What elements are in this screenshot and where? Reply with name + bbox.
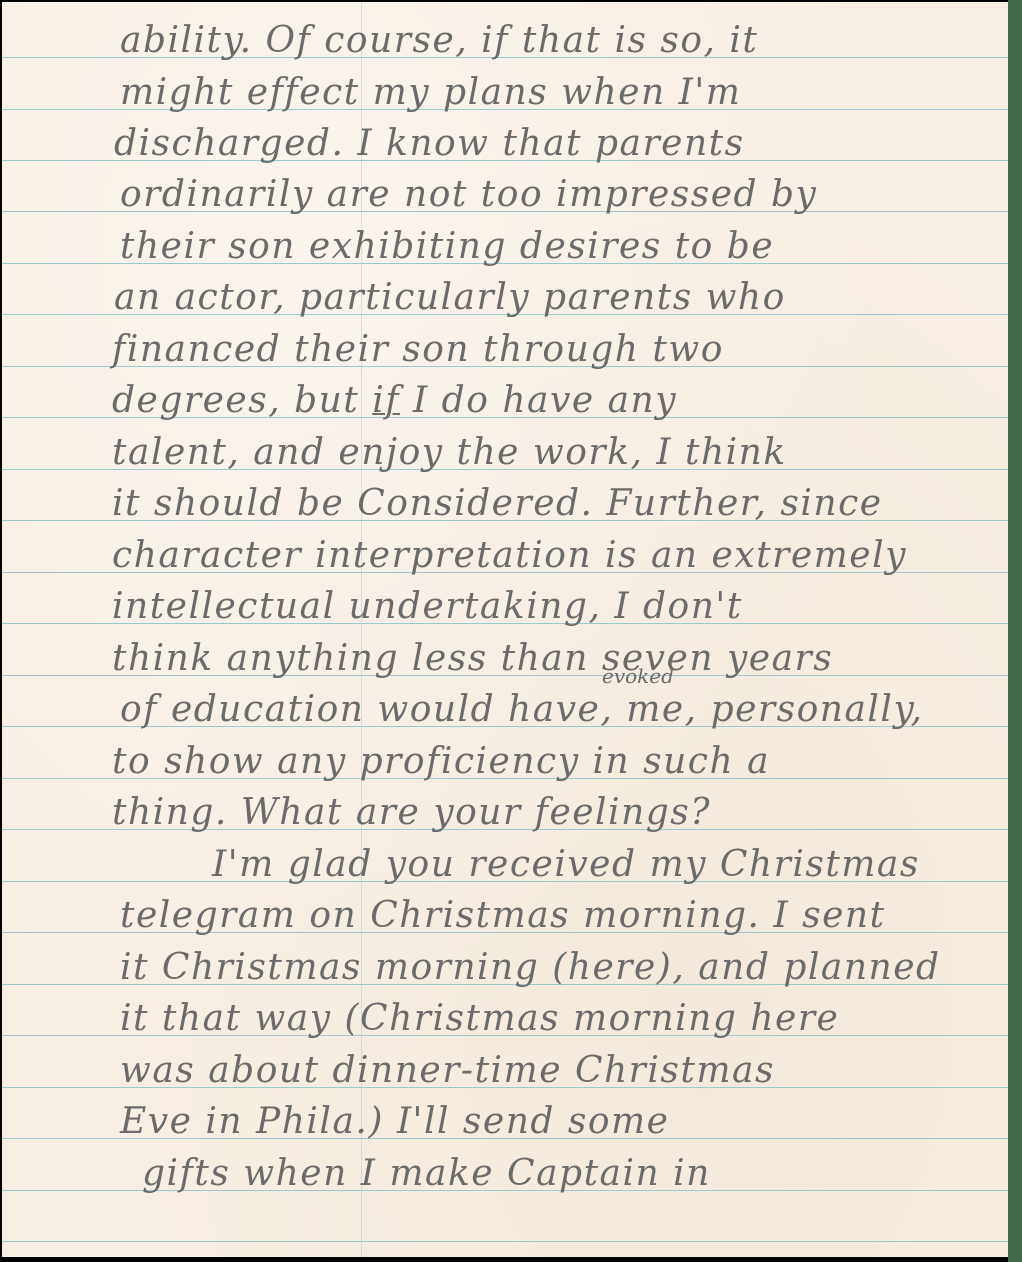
text-line: financed their son through two	[112, 332, 724, 368]
line-text: discharged. I know that parents	[114, 123, 745, 164]
right-edge-strip	[1008, 0, 1022, 1262]
underlined-word: if	[372, 380, 400, 421]
text-line: talent, and enjoy the work, I think	[112, 435, 787, 471]
text-line: I'm glad you received my Christmas	[212, 847, 920, 883]
line-text: I'm glad you received my Christmas	[212, 844, 920, 885]
line-text: think anything less than seven years	[112, 638, 833, 679]
text-line: Eve in Phila.) I'll send some	[120, 1104, 669, 1140]
line-text: I do have any	[400, 380, 677, 421]
line-text: an actor, particularly parents who	[114, 277, 786, 318]
line-text: intellectual undertaking, I don't	[112, 586, 743, 627]
text-line: it Christmas morning (here), and planned	[120, 950, 941, 986]
text-line: think anything less than seven years	[112, 641, 833, 677]
line-text: talent, and enjoy the work, I think	[112, 432, 787, 473]
line-text: their son exhibiting desires to be	[120, 226, 774, 267]
text-line: degrees, but if I do have any	[112, 383, 677, 419]
line-text: might effect my plans when I'm	[120, 72, 741, 113]
text-line: telegram on Christmas morning. I sent	[120, 898, 886, 934]
line-text: gifts when I make Captain in	[142, 1153, 711, 1194]
text-line: it should be Considered. Further, since	[112, 486, 883, 522]
text-line: an actor, particularly parents who	[114, 280, 786, 316]
text-line: might effect my plans when I'm	[120, 75, 741, 111]
line-text: degrees, but	[112, 380, 372, 421]
line-text: thing. What are your feelings?	[112, 792, 711, 833]
line-text: character interpretation is an extremely	[112, 535, 907, 576]
ruled-paper-page: ability. Of course, if that is so, it mi…	[2, 2, 1008, 1257]
text-line: ordinarily are not too impressed by	[120, 177, 817, 213]
text-line: discharged. I know that parents	[114, 126, 745, 162]
line-text: Eve in Phila.) I'll send some	[120, 1101, 669, 1142]
line-text: it Christmas morning (here), and planned	[120, 947, 941, 988]
line-text: it that way (Christmas morning here	[120, 998, 839, 1039]
text-line: intellectual undertaking, I don't	[112, 589, 743, 625]
text-line: their son exhibiting desires to be	[120, 229, 774, 265]
text-line: to show any proficiency in such a	[112, 744, 770, 780]
line-text: telegram on Christmas morning. I sent	[120, 895, 886, 936]
text-line: thing. What are your feelings?	[112, 795, 711, 831]
line-text: it should be Considered. Further, since	[112, 483, 883, 524]
line-text: of education would have, me, personally,	[120, 689, 923, 730]
text-line: it that way (Christmas morning here	[120, 1001, 839, 1037]
text-line: was about dinner-time Christmas	[120, 1053, 775, 1089]
line-text: ordinarily are not too impressed by	[120, 174, 817, 215]
page-frame: ability. Of course, if that is so, it mi…	[0, 0, 1022, 1262]
text-line: of education would have, me, personally,	[120, 692, 923, 728]
text-line: gifts when I make Captain in	[142, 1156, 711, 1192]
inserted-word: evoked	[602, 664, 674, 688]
line-text: to show any proficiency in such a	[112, 741, 770, 782]
text-line: character interpretation is an extremely	[112, 538, 907, 574]
rule-line	[2, 1241, 1008, 1242]
line-text: was about dinner-time Christmas	[120, 1050, 775, 1091]
line-text: financed their son through two	[112, 329, 724, 370]
line-text: ability. Of course, if that is so, it	[120, 20, 758, 61]
text-line: ability. Of course, if that is so, it	[120, 23, 758, 59]
